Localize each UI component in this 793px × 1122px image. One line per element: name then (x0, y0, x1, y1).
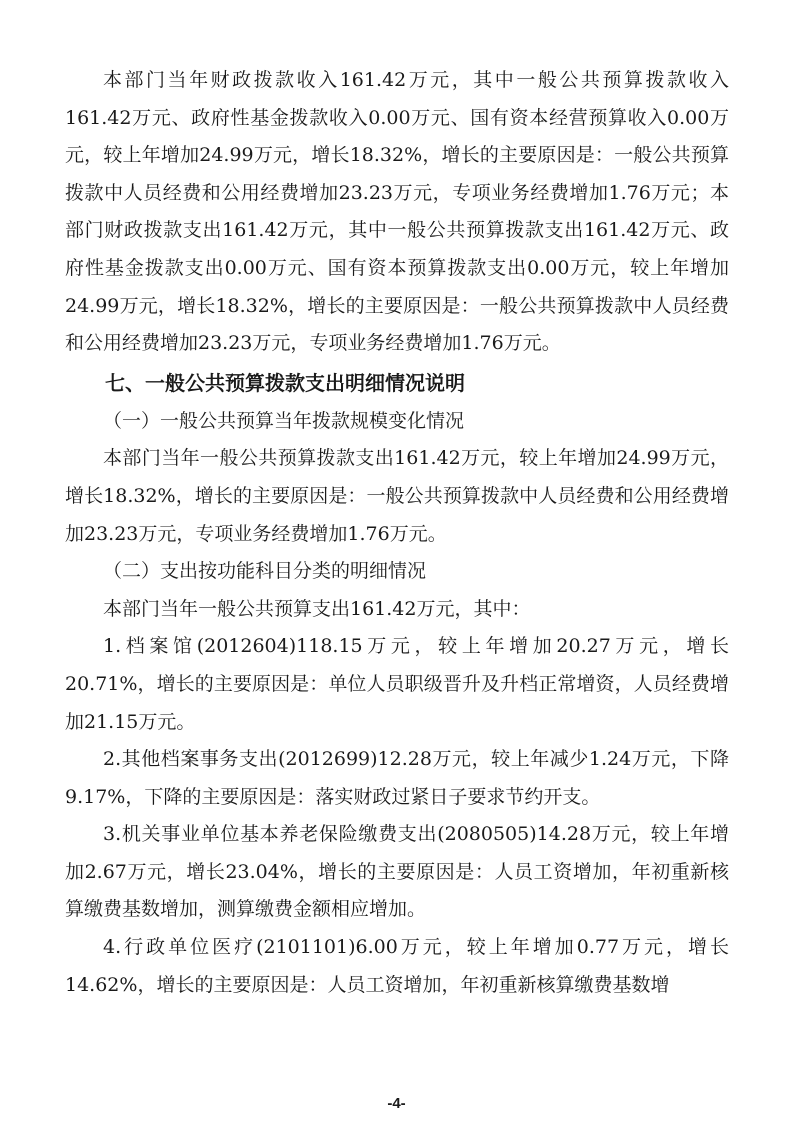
fiscal-appropriation-paragraph: 本部门当年财政拨款收入161.42万元，其中一般公共预算拨款收入161.42万元… (65, 62, 729, 363)
list-item: 3.机关事业单位基本养老保险缴费支出(2080505)14.28万元，较上年增加… (65, 816, 729, 929)
page-number: -4- (0, 1095, 793, 1112)
subsection-heading-2: （二）支出按功能科目分类的明细情况 (65, 553, 729, 591)
list-item: 1.档案馆(2012604)118.15万元，较上年增加20.27万元，增长20… (65, 628, 729, 741)
list-item: 2.其他档案事务支出(2012699)12.28万元，较上年减少1.24万元，下… (65, 741, 729, 816)
subsection-heading-1: （一）一般公共预算当年拨款规模变化情况 (65, 403, 729, 441)
list-item: 4.行政单位医疗(2101101)6.00万元，较上年增加0.77万元，增长14… (65, 929, 729, 1004)
section-heading: 七、一般公共预算拨款支出明细情况说明 (65, 363, 729, 403)
document-page: 本部门当年财政拨款收入161.42万元，其中一般公共预算拨款收入161.42万元… (65, 62, 729, 1004)
subsection-1-body: 本部门当年一般公共预算拨款支出161.42万元，较上年增加24.99万元，增长1… (65, 440, 729, 553)
subsection-2-intro: 本部门当年一般公共预算支出161.42万元，其中： (65, 591, 729, 629)
